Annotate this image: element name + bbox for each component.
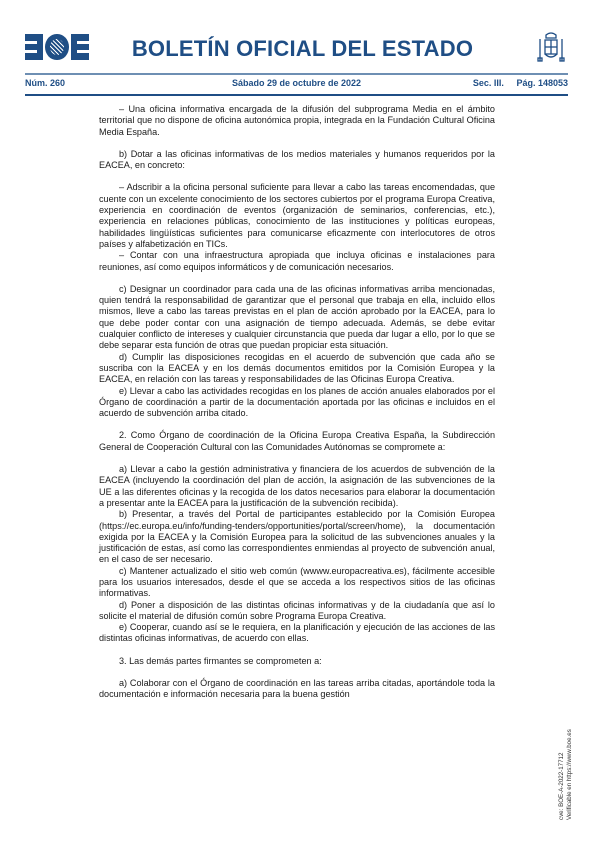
paragraph: c) Mantener actualizado el sitio web com… <box>99 566 495 600</box>
header-rule-top <box>25 73 568 75</box>
cve-code: cve: BOE-A-2022-17712 <box>558 729 566 820</box>
paragraph: a) Colaborar con el Órgano de coordinaci… <box>99 678 495 701</box>
verification-link[interactable]: Verificable en https://www.boe.es <box>566 729 574 820</box>
section-label: Sec. III. <box>473 78 504 88</box>
paragraph: – Adscribir a la oficina personal sufici… <box>99 182 495 250</box>
paragraph: e) Cooperar, cuando así se le requiera, … <box>99 622 495 645</box>
paragraph: c) Designar un coordinador para cada una… <box>99 284 495 352</box>
coat-of-arms-icon <box>536 30 566 64</box>
document-body: – Una oficina informativa encargada de l… <box>99 104 495 701</box>
paragraph: – Contar con una infraestructura apropia… <box>99 250 495 273</box>
paragraph: 2. Como Órgano de coordinación de la Ofi… <box>99 430 495 453</box>
paragraph: d) Poner a disposición de las distintas … <box>99 600 495 623</box>
section-page: Sec. III. Pág. 148053 <box>473 78 568 88</box>
paragraph: a) Llevar a cabo la gestión administrati… <box>99 464 495 509</box>
verification-note: cve: BOE-A-2022-17712 Verificable en htt… <box>558 729 574 820</box>
paragraph: – Una oficina informativa encargada de l… <box>99 104 495 138</box>
paragraph: b) Dotar a las oficinas informativas de … <box>99 149 495 172</box>
page-title: BOLETÍN OFICIAL DEL ESTADO <box>0 36 595 62</box>
page-number: Pág. 148053 <box>516 78 568 88</box>
header-rule-bottom <box>25 94 568 96</box>
paragraph: d) Cumplir las disposiciones recogidas e… <box>99 352 495 386</box>
paragraph: b) Presentar, a través del Portal de par… <box>99 509 495 565</box>
paragraph: 3. Las demás partes firmantes se comprom… <box>99 656 495 667</box>
paragraph: e) Llevar a cabo las actividades recogid… <box>99 386 495 420</box>
header-meta: Núm. 260 Sábado 29 de octubre de 2022 Se… <box>25 78 568 90</box>
